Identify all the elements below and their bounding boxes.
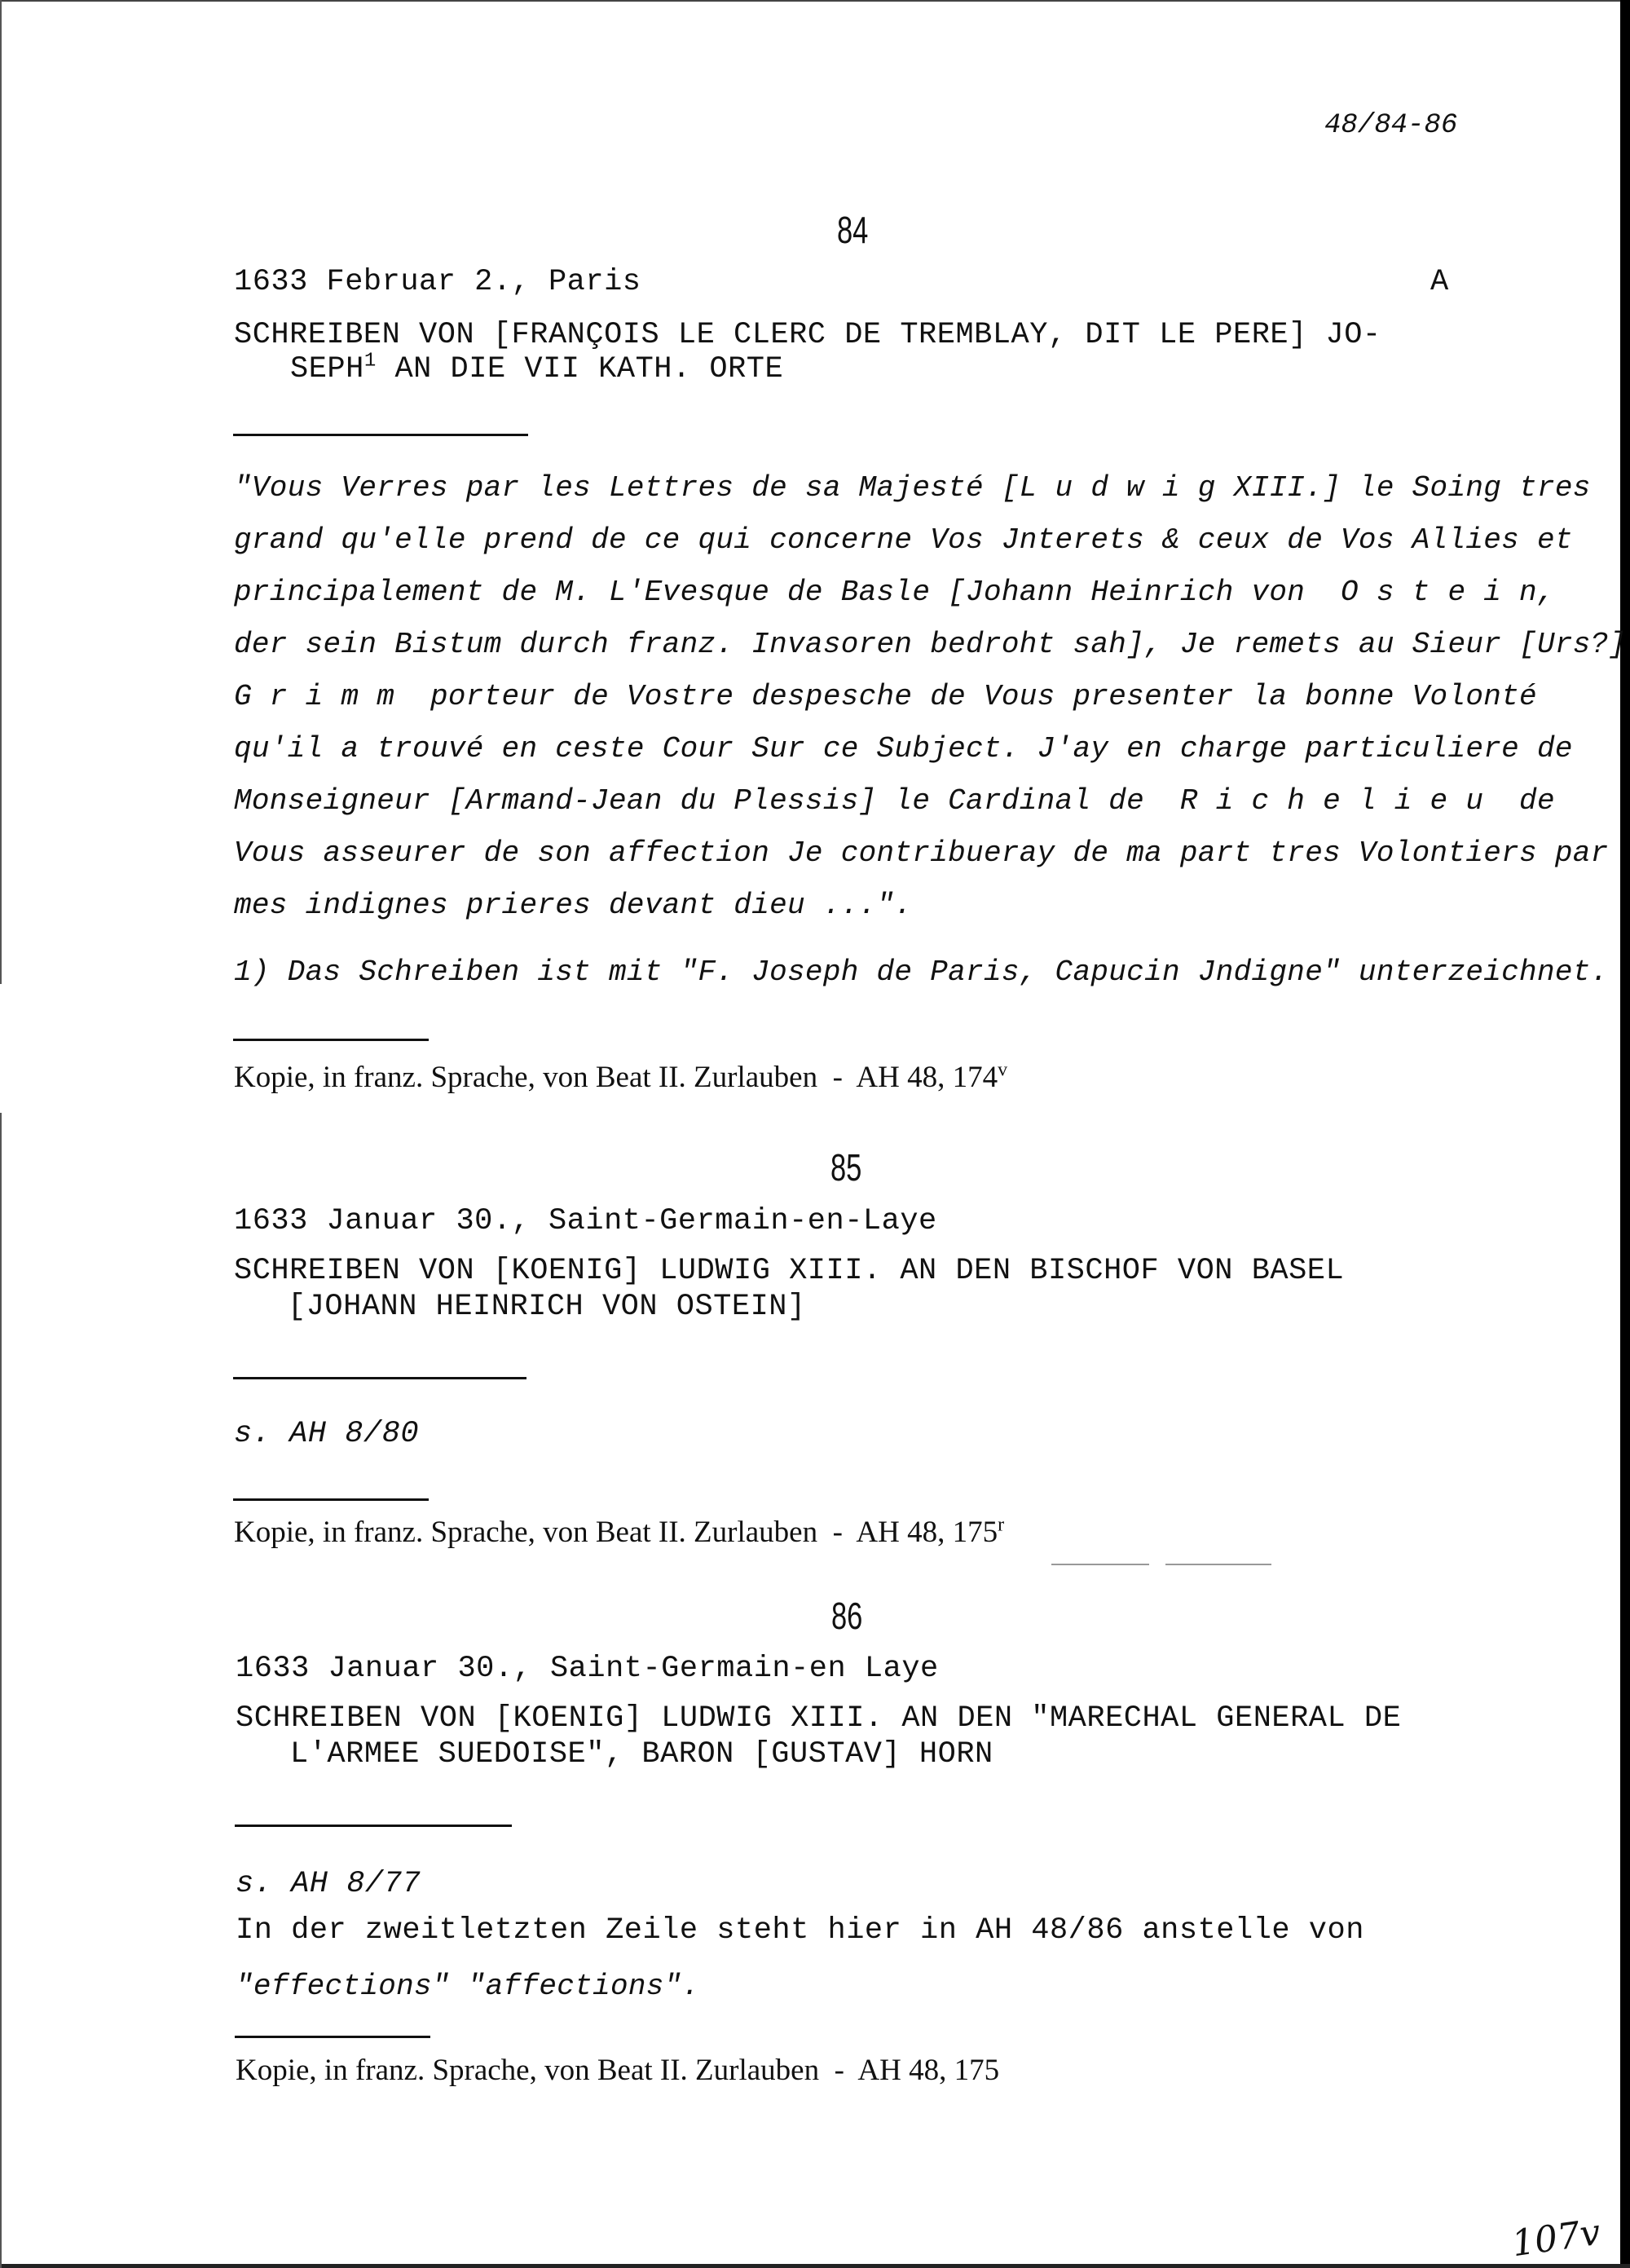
quote-line: qu'il a trouvé en ceste Cour Sur ce Subj… [234, 732, 1573, 766]
handwritten-folio-number: 107v [1509, 2212, 1603, 2266]
source-citation: Kopie, in franz. Sprache, von Beat II. Z… [234, 1060, 1007, 1095]
source-folio-side: r [998, 1515, 1004, 1536]
scan-edge-bottom [0, 2264, 1630, 2268]
entry-title-line-1: SCHREIBEN VON [KOENIG] LUDWIG XIII. AN D… [234, 1254, 1344, 1288]
separator-rule [235, 1825, 512, 1827]
editorial-note-line-2: "effections" "affections". [236, 1970, 700, 2003]
cross-reference: s. AH 8/80 [234, 1417, 419, 1451]
source-citation: Kopie, in franz. Sprache, von Beat II. Z… [236, 2053, 999, 2088]
document-page: 48/84-86 84 1633 Februar 2., Paris A SCH… [0, 0, 1630, 2268]
scan-speck [1051, 1564, 1149, 1565]
quote-line: principalement de M. L'Evesque de Basle … [234, 576, 1555, 609]
separator-rule [233, 1039, 429, 1041]
quote-line: Monseigneur [Armand-Jean du Plessis] le … [234, 784, 1555, 818]
entry-date-place: 1633 Januar 30., Saint-Germain-en-Laye [234, 1204, 937, 1238]
editorial-note-line-1: In der zweitletzten Zeile steht hier in … [236, 1913, 1364, 1948]
scan-speck [1165, 1564, 1271, 1565]
entry-marker: A [1430, 265, 1449, 299]
title-text: SEPH [290, 352, 364, 386]
scan-edge-top [0, 0, 1622, 2]
entry-title-line-2: L'ARMEE SUEDOISE", BARON [GUSTAV] HORN [290, 1737, 993, 1772]
entry-number: 86 [831, 1594, 862, 1638]
separator-rule [235, 2036, 430, 2038]
source-citation: Kopie, in franz. Sprache, von Beat II. Z… [234, 1515, 1004, 1550]
source-text: Kopie, in franz. Sprache, von Beat II. Z… [234, 1061, 998, 1094]
footnote-ref: 1 [364, 351, 377, 373]
separator-rule [233, 434, 528, 436]
cross-reference: s. AH 8/77 [236, 1867, 421, 1901]
entry-title-line-2: [JOHANN HEINRICH VON OSTEIN] [288, 1290, 806, 1324]
separator-rule [233, 1377, 526, 1379]
quote-line: "Vous Verres par les Lettres de sa Majes… [234, 471, 1591, 505]
footnote: 1) Das Schreiben ist mit "F. Joseph de P… [234, 955, 1609, 989]
title-text: AN DIE VII KATH. ORTE [377, 352, 783, 386]
quote-line: mes indignes prieres devant dieu ...". [234, 889, 912, 922]
entry-number: 84 [837, 208, 868, 252]
entry-title-line-1: SCHREIBEN VON [KOENIG] LUDWIG XIII. AN D… [236, 1701, 1401, 1736]
entry-date-place: 1633 Januar 30., Saint-Germain-en Laye [236, 1652, 939, 1686]
quote-line: grand qu'elle prend de ce qui concerne V… [234, 523, 1573, 557]
entry-title-line-1: SCHREIBEN VON [FRANÇOIS LE CLERC DE TREM… [234, 318, 1381, 352]
source-folio-side: v [998, 1060, 1007, 1081]
separator-rule [233, 1498, 429, 1501]
entry-date-place: 1633 Februar 2., Paris [234, 265, 641, 299]
page-sigla: 48/84-86 [1324, 110, 1457, 141]
scan-edge-left-upper [0, 0, 2, 984]
entry-number: 85 [830, 1145, 861, 1189]
quote-line: der sein Bistum durch franz. Invasoren b… [234, 628, 1626, 661]
scan-edge-left-lower [0, 1113, 2, 2268]
entry-title-line-2: SEPH1 AN DIE VII KATH. ORTE [290, 352, 783, 386]
scan-edge-right [1620, 0, 1630, 2268]
quote-line: Vous asseurer de son affection Je contri… [234, 836, 1609, 870]
quote-line: G r i m m porteur de Vostre despesche de… [234, 680, 1537, 713]
source-text: Kopie, in franz. Sprache, von Beat II. Z… [234, 1516, 998, 1549]
